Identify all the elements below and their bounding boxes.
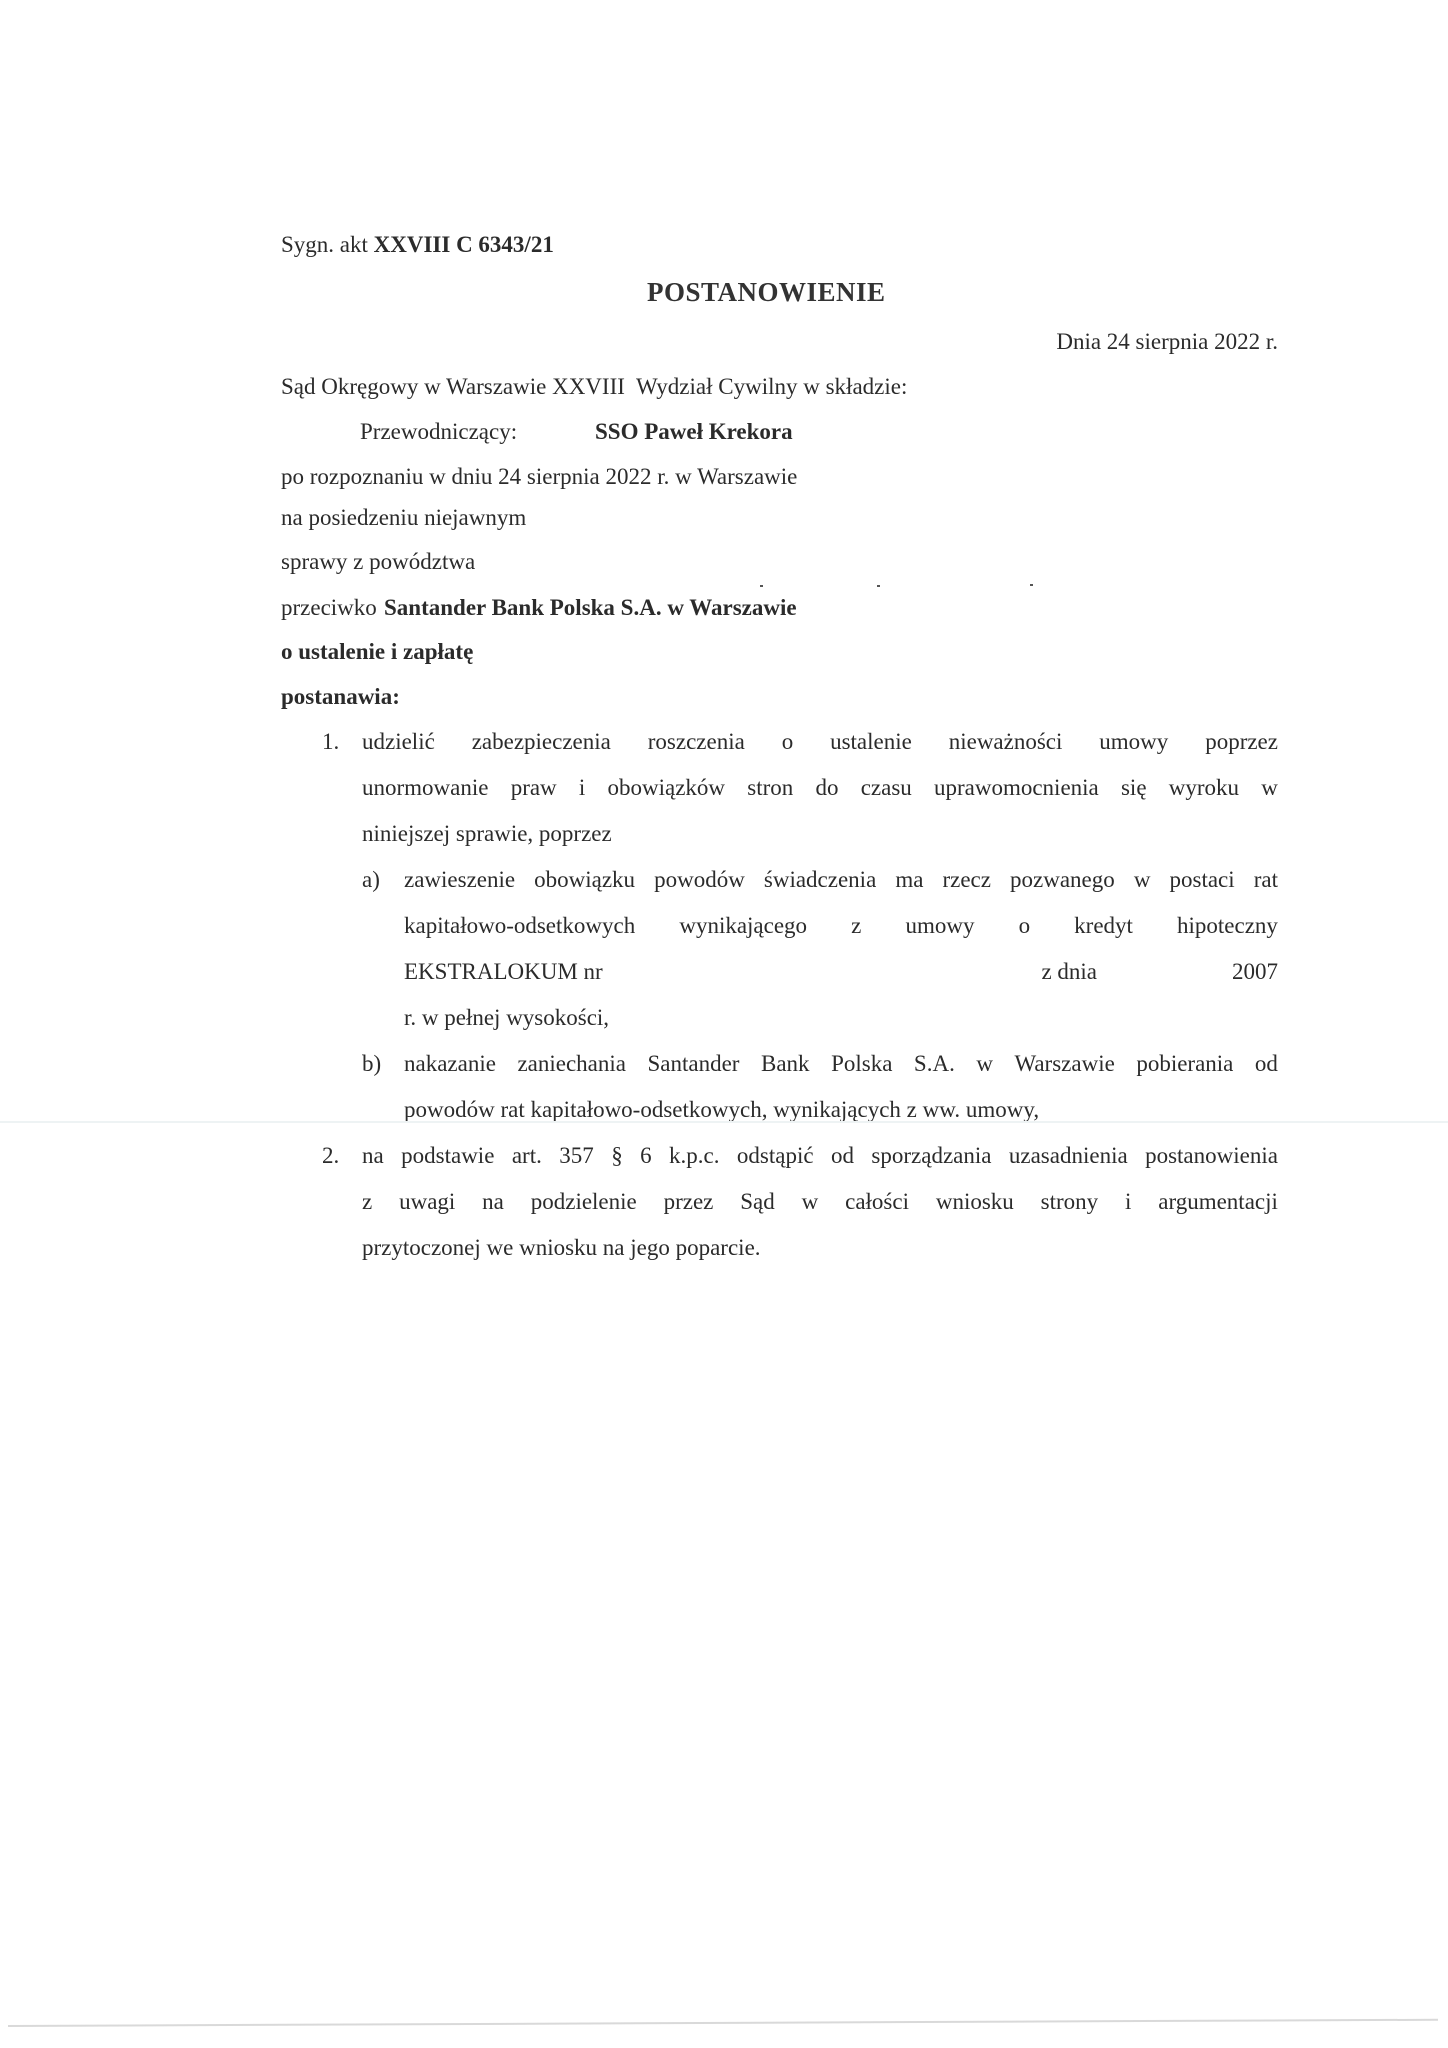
word: wyroku bbox=[1169, 776, 1239, 799]
word: kapitałowo-odsetkowych bbox=[404, 914, 635, 937]
word: Bank bbox=[761, 1052, 810, 1075]
item-number: 2. bbox=[322, 1144, 339, 1167]
word: postanowienia bbox=[1145, 1144, 1278, 1167]
word: umowy bbox=[905, 914, 974, 937]
defendant-name: Santander Bank Polska S.A. w Warszawie bbox=[384, 596, 797, 619]
item-2-line-3: przytoczonej we wniosku na jego poparcie… bbox=[362, 1236, 761, 1259]
case-number-prefix: Sygn. akt bbox=[281, 232, 368, 257]
page-bottom-edge bbox=[8, 2019, 1438, 2027]
subitem-a-line-4: r. w pełnej wysokości, bbox=[404, 1006, 609, 1029]
word: odstąpić bbox=[737, 1144, 814, 1167]
word: obowiązku bbox=[534, 868, 635, 891]
redaction-mark bbox=[877, 585, 880, 587]
word: 357 bbox=[559, 1144, 594, 1167]
word: Santander bbox=[648, 1052, 740, 1075]
word: o bbox=[782, 730, 794, 753]
case-signature: Sygn. akt XXVIII C 6343/21 bbox=[281, 233, 554, 256]
word: całości bbox=[845, 1190, 909, 1213]
word: podstawie bbox=[401, 1144, 494, 1167]
word: podzielenie bbox=[531, 1190, 637, 1213]
word: od bbox=[831, 1144, 854, 1167]
word: zaniechania bbox=[517, 1052, 626, 1075]
word: kredyt bbox=[1074, 914, 1133, 937]
redaction-mark bbox=[1030, 584, 1033, 586]
word: obowiązków bbox=[608, 776, 726, 799]
word: wynikającego bbox=[679, 914, 807, 937]
redaction-mark bbox=[760, 585, 763, 587]
presiding-label: Przewodniczący: bbox=[360, 420, 517, 443]
word: pozwanego bbox=[1010, 868, 1115, 891]
word: pobierania bbox=[1136, 1052, 1233, 1075]
subitem-a-line-1: zawieszenieobowiązkupowodówświadczeniama… bbox=[404, 868, 1278, 891]
subitem-letter: b) bbox=[362, 1052, 381, 1075]
subitem-b-line-2: powodów rat kapitałowo-odsetkowych, wyni… bbox=[404, 1098, 1039, 1121]
text-segment: z dnia bbox=[1041, 960, 1097, 983]
word: w bbox=[1134, 868, 1151, 891]
scan-artifact-line bbox=[0, 1121, 1448, 1123]
word: na bbox=[362, 1144, 384, 1167]
item-2-line-2: zuwaginapodzielenieprzezSądwcałościwnios… bbox=[362, 1190, 1278, 1213]
session-line: na posiedzeniu niejawnym bbox=[281, 506, 526, 529]
word: się bbox=[1121, 776, 1147, 799]
subitem-b-line-1: nakazaniezaniechaniaSantanderBankPolskaS… bbox=[404, 1052, 1278, 1075]
presiding-judge: SSO Paweł Krekora bbox=[595, 420, 793, 443]
word: unormowanie bbox=[362, 776, 488, 799]
against-label: przeciwko bbox=[281, 596, 377, 619]
word: postaci bbox=[1170, 868, 1235, 891]
claim-line: sprawy z powództwa bbox=[281, 550, 475, 573]
word: nakazanie bbox=[404, 1052, 496, 1075]
word: z bbox=[362, 1190, 372, 1213]
text-segment: EKSTRALOKUM nr bbox=[404, 960, 603, 983]
decides-heading: postanawia: bbox=[281, 685, 400, 708]
word: od bbox=[1255, 1052, 1278, 1075]
word: do bbox=[815, 776, 838, 799]
word: roszczenia bbox=[648, 730, 745, 753]
word: ustalenie bbox=[830, 730, 912, 753]
item-2-line-1: napodstawieart.357§6k.p.c.odstąpićodspor… bbox=[362, 1144, 1278, 1167]
hearing-line: po rozpoznaniu w dniu 24 sierpnia 2022 r… bbox=[281, 465, 797, 488]
word: świadczenia bbox=[764, 868, 876, 891]
word: strony bbox=[1041, 1190, 1099, 1213]
word: czasu bbox=[861, 776, 912, 799]
word: stron bbox=[747, 776, 793, 799]
item-1-line-1: udzielićzabezpieczeniaroszczeniaoustalen… bbox=[362, 730, 1278, 753]
word: zabezpieczenia bbox=[472, 730, 611, 753]
word: z bbox=[851, 914, 861, 937]
subitem-a-line-3: EKSTRALOKUM nrz dnia2007 bbox=[404, 960, 1278, 983]
word: Polska bbox=[831, 1052, 892, 1075]
word: w bbox=[976, 1052, 993, 1075]
text-segment: 2007 bbox=[1232, 960, 1278, 983]
word: i bbox=[1125, 1190, 1131, 1213]
word: udzielić bbox=[362, 730, 435, 753]
word: w bbox=[1261, 776, 1278, 799]
court-line: Sąd Okręgowy w Warszawie XXVIII Wydział … bbox=[281, 375, 907, 398]
word: umowy bbox=[1099, 730, 1168, 753]
word: zawieszenie bbox=[404, 868, 515, 891]
word: hipoteczny bbox=[1177, 914, 1278, 937]
word: uwagi bbox=[399, 1190, 455, 1213]
word: przez bbox=[664, 1190, 714, 1213]
word: o bbox=[1019, 914, 1031, 937]
word: argumentacji bbox=[1158, 1190, 1278, 1213]
word: uzasadnienia bbox=[1009, 1144, 1128, 1167]
word: rat bbox=[1254, 868, 1278, 891]
word: § bbox=[611, 1144, 623, 1167]
document-title: POSTANOWIENIE bbox=[647, 279, 886, 306]
item-number: 1. bbox=[322, 730, 339, 753]
word: art. bbox=[512, 1144, 542, 1167]
word: S.A. bbox=[914, 1052, 955, 1075]
document-date: Dnia 24 sierpnia 2022 r. bbox=[1056, 330, 1278, 353]
word: sporządzania bbox=[871, 1144, 991, 1167]
case-number: XXVIII C 6343/21 bbox=[374, 232, 554, 257]
word: nieważności bbox=[949, 730, 1063, 753]
word: ma bbox=[895, 868, 923, 891]
item-1-line-2: unormowanieprawiobowiązkówstrondoczasuup… bbox=[362, 776, 1278, 799]
word: poprzez bbox=[1205, 730, 1278, 753]
word: powodów bbox=[654, 868, 745, 891]
word: rzecz bbox=[942, 868, 991, 891]
word: i bbox=[579, 776, 585, 799]
word: Sąd bbox=[740, 1190, 775, 1213]
document-page: Sygn. akt XXVIII C 6343/21 POSTANOWIENIE… bbox=[0, 0, 1448, 2048]
subitem-a-line-2: kapitałowo-odsetkowychwynikającegozumowy… bbox=[404, 914, 1278, 937]
item-1-line-3: niniejszej sprawie, poprzez bbox=[362, 822, 612, 845]
word: w bbox=[802, 1190, 819, 1213]
word: uprawomocnienia bbox=[934, 776, 1099, 799]
word: na bbox=[482, 1190, 504, 1213]
case-subject: o ustalenie i zapłatę bbox=[281, 640, 473, 663]
word: k.p.c. bbox=[669, 1144, 719, 1167]
subitem-letter: a) bbox=[362, 868, 380, 891]
word: 6 bbox=[640, 1144, 652, 1167]
word: praw bbox=[511, 776, 557, 799]
word: wniosku bbox=[936, 1190, 1014, 1213]
word: Warszawie bbox=[1014, 1052, 1114, 1075]
